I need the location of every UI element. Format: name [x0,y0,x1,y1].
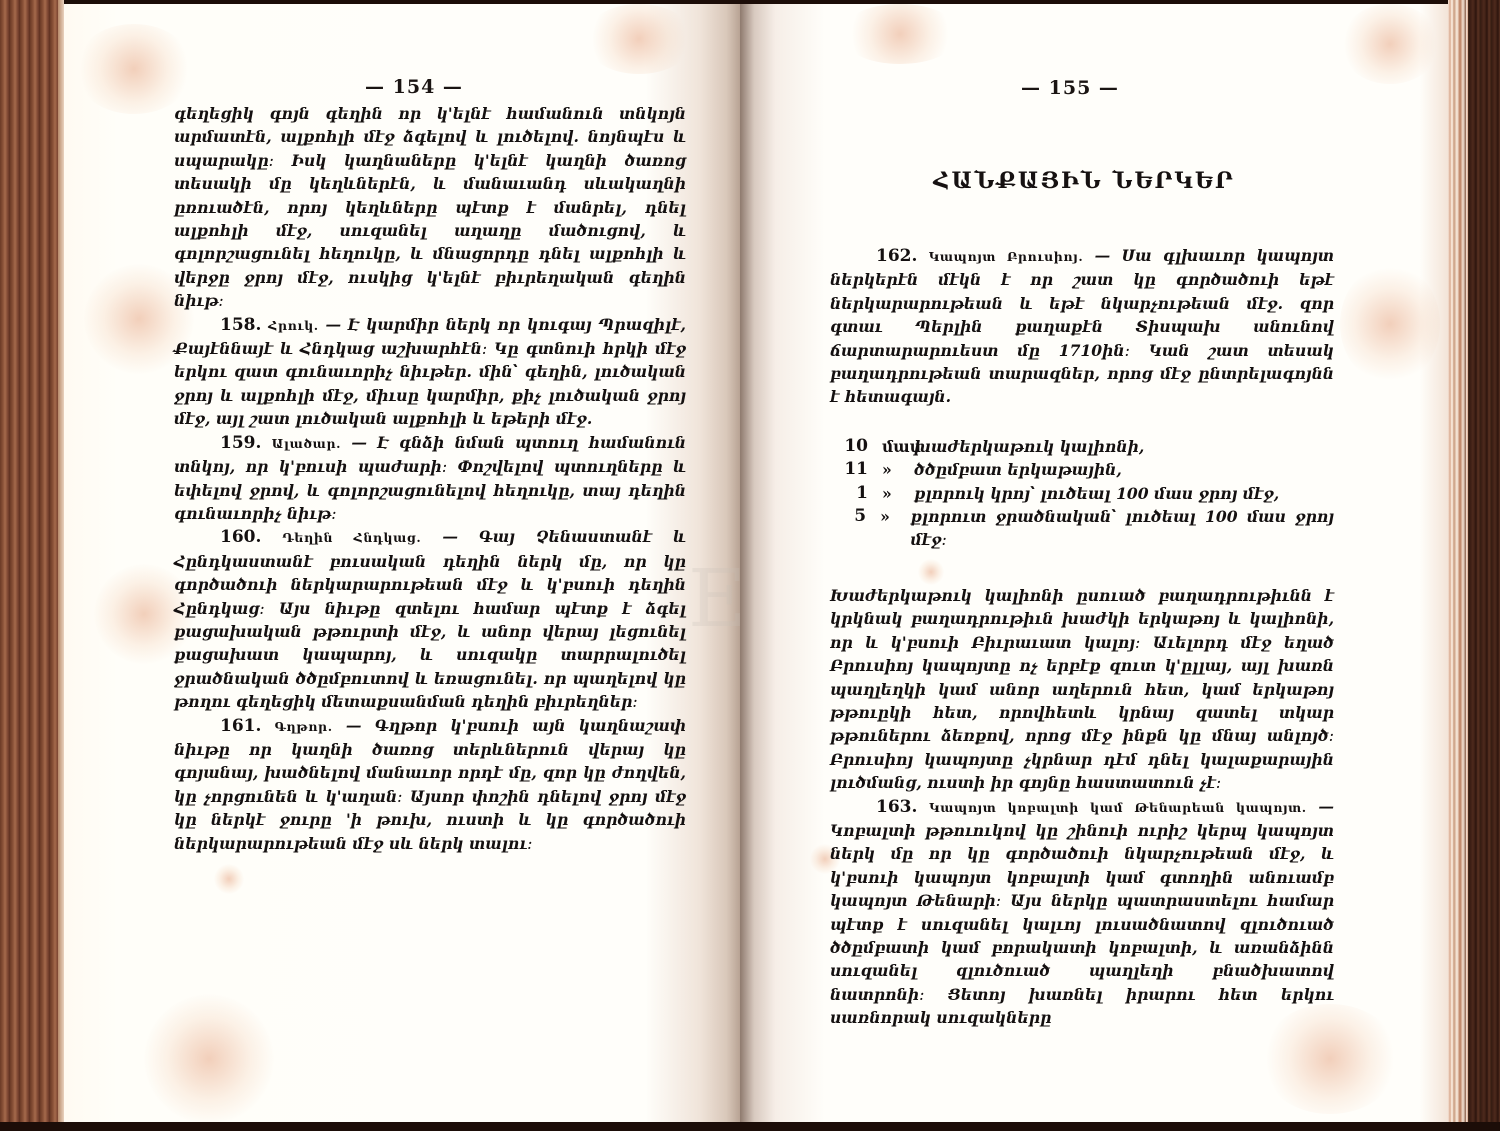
section-number: 160. [220,527,261,547]
recipe-unit: մաս [882,435,914,458]
foxing-stain [1340,264,1440,384]
recipe-ingredient: խաժերկաթուկ կալիոնի, [914,435,1144,458]
paragraph-158: 158. Հրուկ. — Է կարմիր ներկ որ կուգայ Պր… [174,313,686,431]
section-heading: Ալածար. [272,436,341,451]
section-text: — Սա գլխաւոր կապոյտ ներկերէն մէկն է որ շ… [830,246,1334,406]
section-heading: Հրուկ. [268,318,319,333]
paragraph-explanation: Խաժերկաթուկ կալիոնի ըսուած բաղադրութիւնն… [830,584,1334,795]
right-page: — 155 — ՀԱՆՔԱՅԻՆ ՆԵՐԿԵՐ 162. Կապոյտ Բրու… [740,4,1448,1123]
spacer [830,552,1334,584]
recipe-quantity: 11 [830,458,882,481]
left-page-body: գեղեցիկ գոյն գեղին որ կ'ելնէ համանուն տն… [174,102,686,855]
recipe-item: 11 » ծծըմբատ երկաթային, [830,458,1334,481]
recipe-unit: » [880,505,910,552]
recipe-item: 5 » քլորուտ ջրածնական՝ լուծեալ 100 մաս ջ… [830,505,1334,552]
foxing-stain [1340,4,1440,84]
section-text: — Գայ Չենաստանէ և Հընդկաստանէ բուսական դ… [174,527,686,711]
recipe-unit: » [882,482,914,505]
section-heading: Գղթոր. [275,719,333,734]
recipe-item: 1 » քլորուկ կրոյ՝ լուծեալ 100 մաս ջրոյ մ… [830,482,1334,505]
section-heading: Կապոյտ Բրուսիոյ. [929,249,1084,264]
foxing-stain [144,994,274,1124]
section-number: 163. [876,797,917,817]
book-page-edges-left [0,0,64,1131]
page-stack-strip [1448,0,1468,1131]
spacer [830,409,1334,435]
foxing-stain [74,24,194,114]
paragraph-163: 163. Կապոյտ կոբալտի կամ Թենարեան կապոյտ.… [830,795,1334,1030]
right-page-body: 162. Կապոյտ Բրուսիոյ. — Սա գլխաւոր կապոյ… [830,244,1334,1030]
recipe-ingredient: քլորուկ կրոյ՝ լուծեալ 100 մաս ջրոյ մէջ, [914,482,1279,505]
page-number: — 154 — [334,76,494,98]
faint-watermark: E [688,552,746,645]
recipe-item: 10 մաս խաժերկաթուկ կալիոնի, [830,435,1334,458]
section-number: 161. [220,716,261,736]
section-heading: Կապոյտ կոբալտի կամ Թենարեան կապոյտ. [929,800,1307,815]
page-number: — 155 — [990,77,1150,99]
scan-bottom-border [0,1122,1500,1131]
recipe-quantity: 1 [830,482,882,505]
paragraph-162: 162. Կապոյտ Բրուսիոյ. — Սա գլխաւոր կապոյ… [830,244,1334,409]
section-number: 158. [220,315,261,335]
recipe-unit: » [882,458,914,481]
recipe-quantity: 5 [830,505,880,552]
section-text: — Գղթոր կ'բսուի այն կաղնաշափ նիւթը որ կա… [174,716,686,853]
book-page-edges-right [1448,0,1500,1131]
section-number: 159. [220,433,261,453]
recipe-ingredient: քլորուտ ջրածնական՝ լուծեալ 100 մաս ջրոյ … [910,505,1334,552]
recipe-quantity: 10 [830,435,882,458]
section-heading: Դեղին Հնդկաց. [282,530,421,545]
foxing-spot [214,864,244,894]
recipe-ingredient: ծծըմբատ երկաթային, [914,458,1122,481]
foxing-stain [840,4,960,64]
paragraph-161: 161. Գղթոր. — Գղթոր կ'բսուի այն կաղնաշափ… [174,714,686,855]
section-number: 162. [876,246,917,266]
paragraph-160: 160. Դեղին Հնդկաց. — Գայ Չենաստանէ և Հըն… [174,525,686,713]
foxing-stain [584,4,694,74]
recipe-list: 10 մաս խաժերկաթուկ կալիոնի, 11 » ծծըմբատ… [830,435,1334,552]
paragraph-continuation: գեղեցիկ գոյն գեղին որ կ'ելնէ համանուն տն… [174,102,686,313]
chapter-title: ՀԱՆՔԱՅԻՆ ՆԵՐԿԵՐ [730,168,1438,194]
section-text: — Կոբալտի թթուուկով կը շինուի ուրիշ կերպ… [830,797,1334,1028]
paragraph-159: 159. Ալածար. — Է գնձի նման պտուղ համանու… [174,431,686,526]
left-page: — 154 — գեղեցիկ գոյն գեղին որ կ'ելնէ համ… [64,4,740,1123]
